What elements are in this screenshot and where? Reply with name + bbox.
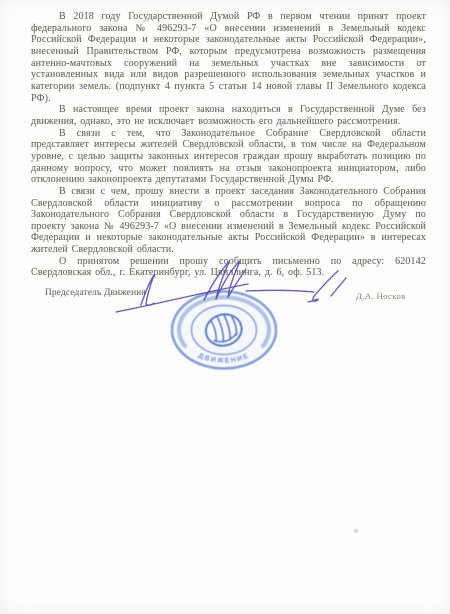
signer-title: Председатель Движения [45,288,146,298]
paragraph-request-agenda: В связи с чем, прошу внести в проект зас… [31,186,426,256]
scan-artifact-speck [354,529,358,533]
paragraph-current-status: В настоящее время проект закона находить… [31,104,426,127]
scanned-letter-page: В 2018 году Государственной Думой РФ в п… [0,0,450,614]
round-stamp: ДВИЖЕНИЕ [172,292,276,369]
stamp-bottom-text: ДВИЖЕНИЕ [197,352,251,365]
fist-icon [203,311,245,350]
letter-body: В 2018 году Государственной Думой РФ в п… [31,11,426,279]
stamp-ring-text-blur [179,297,269,346]
paragraph-request-position: В связи с тем, что Законодательное Собра… [31,128,426,186]
paragraph-reply-address: О принятом решении прошу сообщить письме… [31,256,426,279]
paragraph-law-project: В 2018 году Государственной Думой РФ в п… [31,11,426,104]
signer-name: Д.А. Носков [356,291,406,301]
